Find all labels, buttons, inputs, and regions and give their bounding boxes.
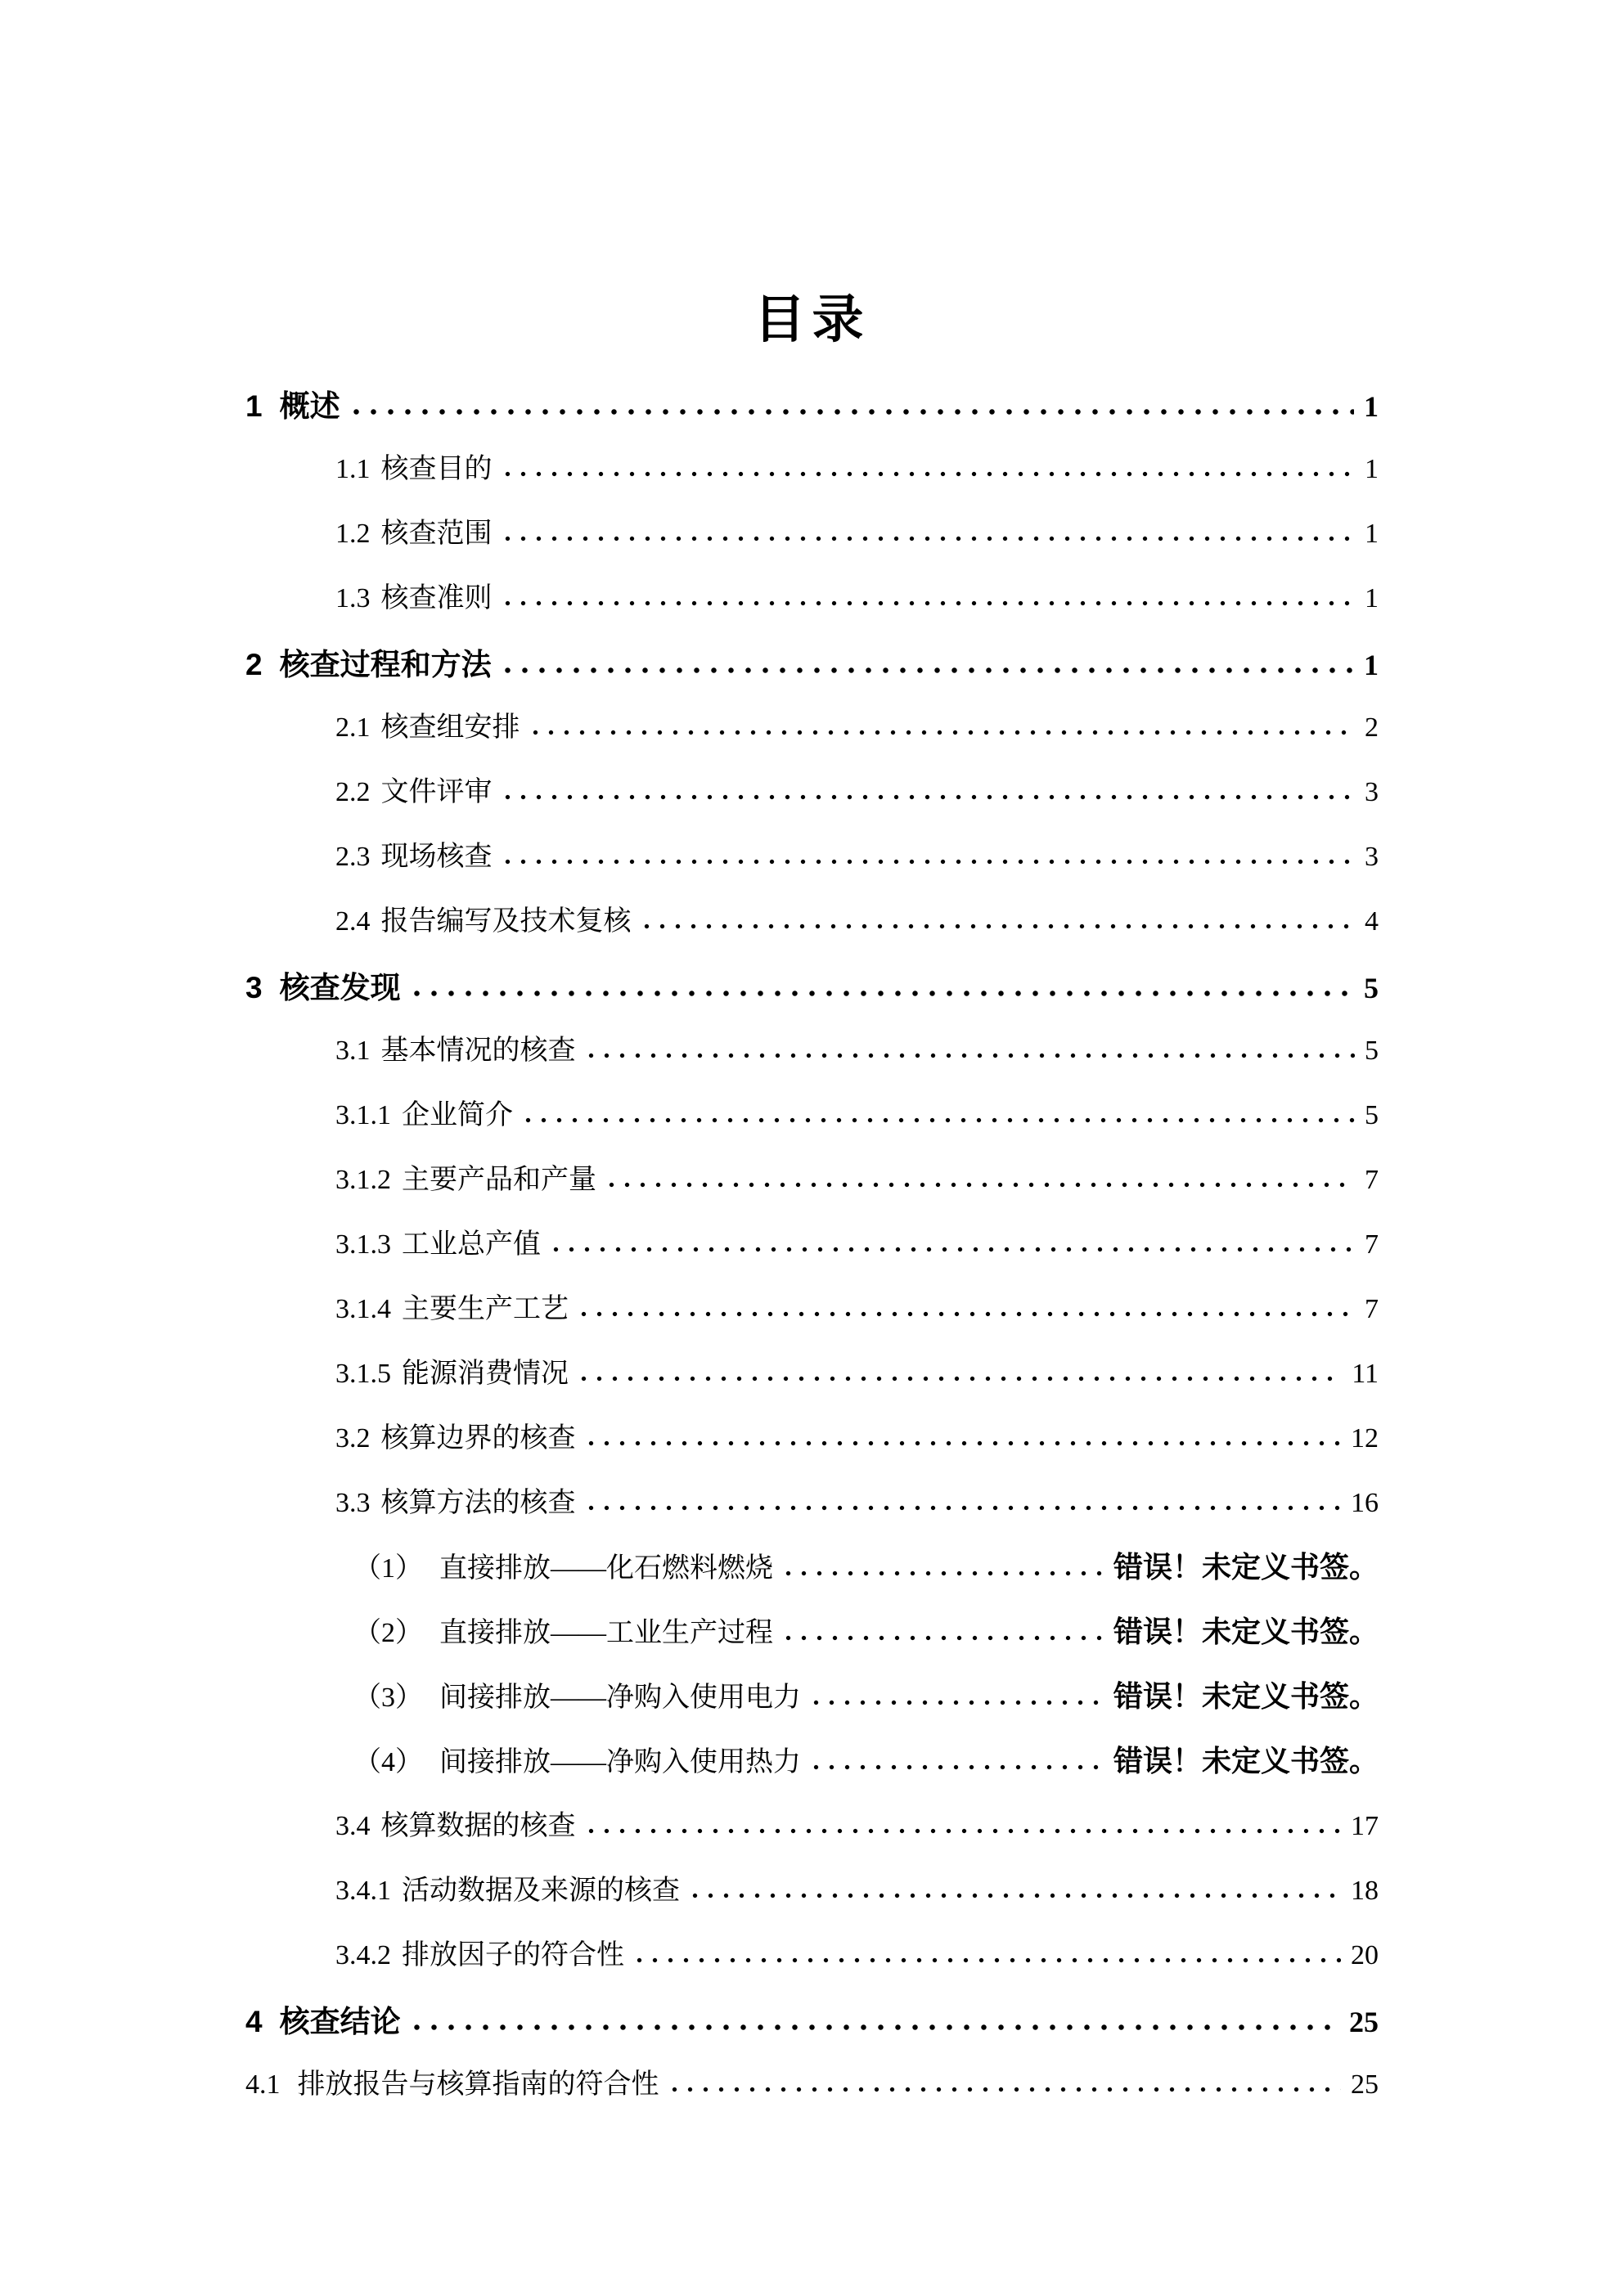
page-title: 目录 (0, 278, 1624, 353)
toc-entry-label: 核查结论 (280, 1997, 401, 2041)
toc-entry-label: 间接排放——净购入使用热力 (439, 1739, 801, 1779)
toc-entry-label: 核查目的 (381, 446, 493, 486)
toc-entry-label: 核查准则 (381, 575, 493, 615)
toc-entry-label: 概述 (280, 381, 340, 425)
toc-entry[interactable]: 1.3 核查准则 1 (245, 560, 1379, 625)
toc-entry-label: 间接排放——净购入使用电力 (439, 1674, 801, 1714)
toc-entry-number: 1.2 (335, 519, 371, 550)
toc-entry[interactable]: 2.3 现场核查 3 (245, 819, 1379, 883)
toc-entry[interactable]: 1.2 核查范围 1 (245, 496, 1379, 560)
toc-entry-number: 2.4 (335, 906, 371, 937)
toc-entry-number: 3.1.4 (335, 1294, 391, 1325)
toc-entry-number: 3.3 (335, 1488, 371, 1519)
toc-entry[interactable]: 2 核查过程和方法 1 (245, 625, 1379, 690)
toc-entry-number: （1） (353, 1545, 423, 1585)
toc-entry-page: 1 (1365, 519, 1379, 550)
toc-entry-label: 主要产品和产量 (402, 1157, 596, 1197)
toc-entry[interactable]: 3.1.5 能源消费情况 11 (245, 1336, 1379, 1400)
toc-entry[interactable]: 3.4.1 活动数据及来源的核查 18 (245, 1853, 1379, 1917)
toc-entry-label: 报告编写及技术复核 (381, 898, 632, 938)
toc-entry-number: 2.2 (335, 777, 371, 808)
toc-entry-label: 核算数据的核查 (381, 1803, 576, 1843)
toc-entry-page: 4 (1365, 906, 1379, 937)
toc-entry-label: 企业简介 (402, 1092, 513, 1132)
toc-entry[interactable]: 4.1 排放报告与核算指南的符合性 25 (245, 2047, 1379, 2111)
dot-leader (576, 1375, 1342, 1382)
toc-entry-page: 12 (1351, 1423, 1379, 1454)
toc-entry[interactable]: 2.1 核查组安排 2 (245, 690, 1379, 754)
dot-leader (781, 1570, 1104, 1577)
toc-entry-label: 核查发现 (280, 963, 401, 1007)
toc-entry[interactable]: 3.1.2 主要产品和产量 7 (245, 1142, 1379, 1206)
toc-entry-label: 现场核查 (381, 833, 493, 874)
toc-entry-label: 主要生产工艺 (402, 1286, 569, 1326)
toc-entry[interactable]: 3.2 核算边界的核查 12 (245, 1400, 1379, 1465)
toc-entry-number: 3.2 (335, 1423, 371, 1454)
dot-leader (583, 1827, 1342, 1835)
dot-leader (808, 1699, 1104, 1706)
toc-entry[interactable]: 1.1 核查目的 1 (245, 431, 1379, 496)
toc-entry-number: 3.1.1 (335, 1100, 391, 1131)
toc-entry-label: 排放因子的符合性 (402, 1932, 624, 1972)
toc-entry-page: 5 (1365, 1036, 1379, 1067)
toc-entry-page: 2 (1365, 712, 1379, 744)
toc-entry-page: 20 (1351, 1940, 1379, 1971)
dot-leader (632, 1957, 1341, 1964)
dot-leader (583, 1052, 1356, 1059)
dot-leader (781, 1634, 1104, 1642)
toc-entry-number: 2 (245, 648, 263, 682)
toc-entry-label: 核查过程和方法 (280, 640, 492, 684)
toc-entry-page: 3 (1365, 777, 1379, 808)
toc-entry[interactable]: 3.1 基本情况的核查 5 (245, 1013, 1379, 1077)
toc-entry-label: 基本情况的核查 (381, 1027, 576, 1067)
toc-entry-label: 核算方法的核查 (381, 1480, 576, 1520)
toc-entry-number: 2.3 (335, 842, 371, 873)
toc-entry[interactable]: 3.1.4 主要生产工艺 7 (245, 1271, 1379, 1336)
dot-leader (348, 407, 1354, 416)
toc-entry-page: 1 (1365, 454, 1379, 485)
toc-entry-page: 7 (1365, 1165, 1379, 1196)
toc-entry[interactable]: 2.4 报告编写及技术复核 4 (245, 883, 1379, 948)
toc-entry-page: 1 (1364, 648, 1379, 682)
toc-entry-page: 5 (1364, 971, 1379, 1005)
toc-entry-number: 1 (245, 389, 263, 424)
toc-entry-label: 能源消费情况 (402, 1350, 569, 1391)
toc-entry-page: 7 (1365, 1294, 1379, 1325)
toc-entry-number: 3.1.5 (335, 1359, 391, 1390)
toc-entry-label: 核查组安排 (381, 704, 520, 744)
dot-leader (808, 1764, 1104, 1771)
toc-entry-number: 1.1 (335, 454, 371, 485)
toc-entry-page: 1 (1365, 583, 1379, 614)
toc-entry-page: 5 (1365, 1100, 1379, 1131)
dot-leader (500, 535, 1356, 542)
dot-leader (583, 1504, 1342, 1512)
toc-entry[interactable]: 3.1.1 企业简介 5 (245, 1077, 1379, 1142)
toc-entry-number: 4.1 (245, 2069, 281, 2101)
toc-entry-number: 1.3 (335, 583, 371, 614)
toc-entry-label: 排放报告与核算指南的符合性 (298, 2061, 659, 2101)
dot-leader (408, 2023, 1339, 2032)
dot-leader (500, 858, 1356, 865)
toc-entry-label: 文件评审 (381, 769, 493, 809)
toc-list: 1 概述 1 1.1 核查目的 1 1.2 核查范围 1 1.3 核查准则 1 … (245, 366, 1379, 2111)
toc-entry-page: 16 (1351, 1488, 1379, 1519)
dot-leader (583, 1440, 1342, 1447)
toc-entry-page: 错误！未定义书签。 (1113, 1544, 1379, 1586)
toc-entry[interactable]: （4） 间接排放——净购入使用热力 错误！未定义书签。 (245, 1723, 1379, 1788)
toc-entry[interactable]: 2.2 文件评审 3 (245, 754, 1379, 819)
toc-entry-label: 直接排放——化石燃料燃烧 (439, 1545, 773, 1585)
dot-leader (408, 989, 1354, 998)
toc-entry-label: 核算边界的核查 (381, 1415, 576, 1455)
toc-entry[interactable]: 1 概述 1 (245, 366, 1379, 431)
toc-entry-number: 4 (245, 2005, 263, 2039)
toc-entry-page: 11 (1352, 1359, 1379, 1390)
dot-leader (528, 729, 1356, 736)
toc-entry-page: 25 (1349, 2005, 1379, 2039)
dot-leader (687, 1892, 1341, 1899)
toc-entry-number: 3.1.2 (335, 1165, 391, 1196)
toc-entry-number: 3.4.1 (335, 1876, 391, 1907)
toc-entry[interactable]: 3 核查发现 5 (245, 948, 1379, 1013)
toc-entry-page: 3 (1365, 842, 1379, 873)
dot-leader (548, 1246, 1355, 1253)
toc-entry-number: （2） (353, 1610, 423, 1650)
toc-entry-page: 7 (1365, 1229, 1379, 1260)
toc-entry-number: 3 (245, 971, 263, 1005)
toc-entry[interactable]: 3.3 核算方法的核查 16 (245, 1465, 1379, 1530)
toc-entry-number: 2.1 (335, 712, 371, 744)
toc-entry-label: 核查范围 (381, 510, 493, 550)
toc-entry-page: 1 (1364, 389, 1379, 424)
toc-entry[interactable]: 3.1.3 工业总产值 7 (245, 1206, 1379, 1271)
toc-entry-label: 工业总产值 (402, 1221, 541, 1261)
toc-entry-label: 直接排放——工业生产过程 (439, 1610, 773, 1650)
dot-leader (667, 2086, 1342, 2093)
dot-leader (499, 666, 1354, 675)
toc-entry-page: 错误！未定义书签。 (1113, 1738, 1379, 1780)
dot-leader (604, 1181, 1355, 1188)
toc-entry-page: 17 (1351, 1811, 1379, 1842)
toc-entry-page: 错误！未定义书签。 (1113, 1674, 1379, 1715)
dot-leader (500, 470, 1356, 478)
dot-leader (520, 1117, 1355, 1124)
toc-entry-page: 18 (1351, 1876, 1379, 1907)
toc-entry[interactable]: （1） 直接排放——化石燃料燃烧 错误！未定义书签。 (245, 1530, 1379, 1594)
toc-entry-page: 25 (1351, 2069, 1379, 2101)
toc-entry[interactable]: （3） 间接排放——净购入使用电力 错误！未定义书签。 (245, 1659, 1379, 1723)
toc-entry[interactable]: 3.4 核算数据的核查 17 (245, 1788, 1379, 1853)
toc-entry-number: 3.4 (335, 1811, 371, 1842)
dot-leader (639, 923, 1356, 930)
dot-leader (500, 793, 1356, 801)
toc-entry[interactable]: 4 核查结论 25 (245, 1982, 1379, 2047)
dot-leader (500, 600, 1356, 607)
document-page: 目录 1 概述 1 1.1 核查目的 1 1.2 核查范围 1 1.3 核查准则… (0, 0, 1624, 2296)
toc-entry-number: （3） (353, 1674, 423, 1714)
toc-entry[interactable]: （2） 直接排放——工业生产过程 错误！未定义书签。 (245, 1594, 1379, 1659)
toc-entry[interactable]: 3.4.2 排放因子的符合性 20 (245, 1917, 1379, 1982)
dot-leader (576, 1310, 1355, 1318)
toc-entry-number: 3.1.3 (335, 1229, 391, 1260)
toc-entry-page: 错误！未定义书签。 (1113, 1609, 1379, 1651)
toc-entry-label: 活动数据及来源的核查 (402, 1867, 680, 1907)
toc-entry-number: 3.1 (335, 1036, 371, 1067)
toc-entry-number: （4） (353, 1739, 423, 1779)
toc-entry-number: 3.4.2 (335, 1940, 391, 1971)
